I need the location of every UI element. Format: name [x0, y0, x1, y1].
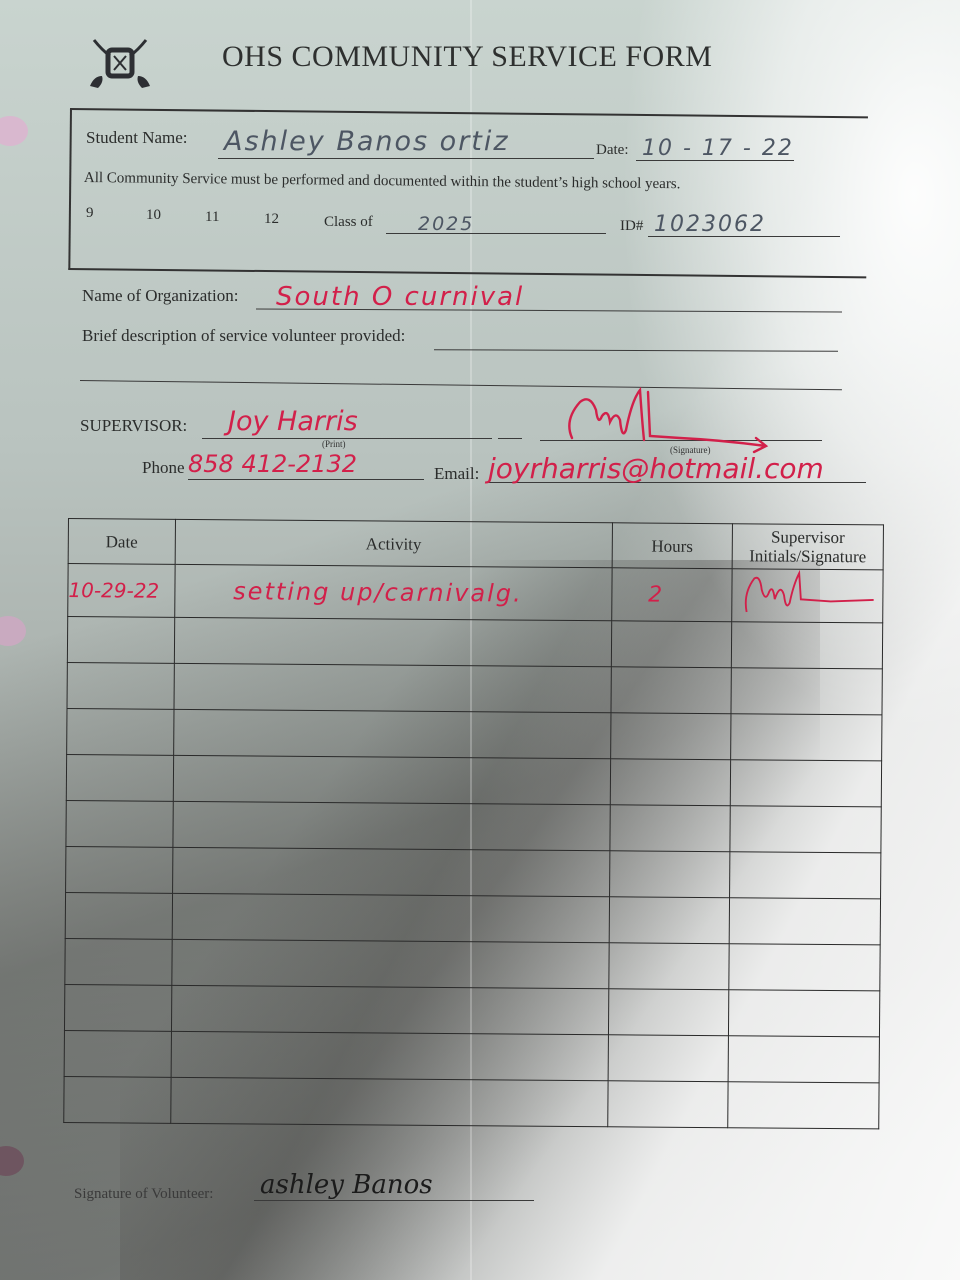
grade-12[interactable]: 12 — [264, 211, 279, 228]
supervisor-initials-signature — [732, 565, 882, 622]
cell-hours-value — [612, 631, 648, 656]
student-name-line[interactable] — [218, 158, 594, 159]
organization-label: Name of Organization: — [82, 286, 238, 306]
cell-activity[interactable] — [172, 893, 609, 942]
cell-date[interactable] — [64, 1030, 171, 1077]
cell-date[interactable] — [65, 938, 172, 985]
cell-activity-value — [172, 994, 230, 1022]
student-name-value[interactable]: Ashley Banos ortiz — [224, 126, 510, 157]
column-header-activity: Activity — [175, 519, 612, 567]
cell-initials[interactable] — [728, 1036, 879, 1083]
table-row — [66, 800, 881, 852]
cell-activity-value — [174, 764, 232, 792]
grade-11[interactable]: 11 — [205, 209, 219, 226]
cell-date-value: 10-29-22 — [68, 578, 159, 603]
crossed-swords-shield-icon — [88, 36, 152, 92]
cell-hours[interactable] — [609, 851, 730, 898]
cell-initials[interactable] — [729, 898, 880, 945]
cell-activity[interactable] — [174, 663, 611, 712]
supervisor-line-gap — [498, 438, 522, 439]
supervisor-print-line[interactable] — [202, 438, 492, 439]
supervisor-label: SUPERVISOR: — [80, 416, 187, 436]
grade-10[interactable]: 10 — [146, 207, 161, 224]
date-value[interactable]: 10 - 17 - 22 — [642, 136, 794, 161]
cell-date[interactable]: 10-29-22 — [68, 564, 175, 618]
cell-hours[interactable] — [608, 1035, 729, 1082]
cell-hours-value — [608, 1045, 644, 1070]
cell-initials[interactable] — [729, 944, 880, 991]
cell-activity[interactable] — [171, 1031, 608, 1080]
table-row — [66, 754, 881, 806]
table-row — [64, 984, 879, 1036]
supervisor-print-value[interactable]: Joy Harris — [228, 406, 358, 437]
volunteer-signature-label: Signature of Volunteer: — [74, 1186, 213, 1203]
phone-value[interactable]: 858 412-2132 — [188, 450, 357, 478]
cell-date[interactable] — [66, 800, 173, 847]
print-caption: (Print) — [322, 439, 346, 449]
cell-initials[interactable] — [730, 852, 881, 899]
table-row — [67, 617, 882, 669]
cell-date[interactable] — [64, 984, 171, 1031]
cell-hours[interactable]: 2 — [611, 568, 732, 622]
table-row — [65, 892, 880, 944]
cell-activity[interactable] — [174, 617, 611, 666]
cell-activity-value — [173, 902, 231, 930]
cell-hours[interactable] — [609, 897, 730, 944]
table-header-row: Date Activity Hours Supervisor Initials/… — [68, 519, 883, 570]
volunteer-signature-value[interactable]: ashley Banos — [260, 1170, 433, 1200]
date-label: Date: — [596, 142, 628, 159]
cell-activity-value — [171, 1040, 229, 1068]
cell-initials[interactable] — [730, 760, 881, 807]
cell-activity-value — [173, 856, 231, 884]
cell-activity-value — [171, 1086, 229, 1114]
cell-activity-value — [174, 672, 232, 700]
form-title: OHS COMMUNITY SERVICE FORM — [222, 40, 712, 74]
service-log-table: Date Activity Hours Supervisor Initials/… — [63, 518, 884, 1129]
cell-hours-value — [610, 861, 646, 886]
cell-hours[interactable] — [608, 989, 729, 1036]
cell-initials[interactable] — [728, 1082, 879, 1129]
cell-hours-value — [609, 953, 645, 978]
cell-initials[interactable] — [730, 806, 881, 853]
table-row: 10-29-22setting up/carnivalg.2 — [68, 564, 883, 623]
cell-initials[interactable] — [731, 622, 882, 669]
cell-hours[interactable] — [608, 1081, 729, 1128]
table-row — [65, 938, 880, 990]
cell-hours[interactable] — [610, 759, 731, 806]
table-row — [64, 1030, 879, 1082]
cell-activity[interactable] — [171, 985, 608, 1034]
table-row — [67, 662, 882, 714]
cell-initials[interactable] — [728, 990, 879, 1037]
cell-activity-value — [173, 810, 231, 838]
cell-date[interactable] — [64, 1076, 171, 1123]
cell-hours-value — [610, 815, 646, 840]
cell-hours-value — [608, 1091, 644, 1116]
class-of-label: Class of — [324, 214, 373, 231]
phone-line[interactable] — [188, 479, 424, 480]
table-row — [64, 1076, 879, 1128]
cell-activity[interactable] — [172, 847, 609, 896]
cell-initials[interactable] — [732, 569, 883, 623]
phone-label: Phone — [142, 458, 185, 478]
cell-hours-value — [610, 907, 646, 932]
id-label: ID# — [620, 218, 643, 235]
table-row — [67, 708, 882, 760]
volunteer-signature-line[interactable] — [254, 1200, 534, 1201]
column-header-date: Date — [68, 519, 175, 565]
cell-hours-value — [609, 999, 645, 1024]
email-label: Email: — [434, 464, 479, 484]
class-of-value[interactable]: 2025 — [418, 213, 474, 235]
student-name-label: Student Name: — [86, 128, 188, 148]
cell-hours[interactable] — [610, 805, 731, 852]
cell-hours[interactable] — [611, 621, 732, 668]
cell-date[interactable] — [67, 662, 174, 709]
cell-initials[interactable] — [731, 668, 882, 715]
email-value[interactable]: joyrharris@hotmail.com — [488, 452, 824, 485]
cell-activity[interactable]: setting up/carnivalg. — [175, 564, 612, 620]
cell-activity[interactable] — [173, 755, 610, 804]
cell-hours-value: 2 — [612, 582, 664, 607]
cell-activity[interactable] — [172, 939, 609, 988]
cell-hours[interactable] — [610, 713, 731, 760]
grade-9[interactable]: 9 — [86, 205, 94, 222]
cell-hours[interactable] — [611, 667, 732, 714]
cell-hours-value — [611, 723, 647, 748]
cell-activity-value — [172, 948, 230, 976]
description-label: Brief description of service volunteer p… — [82, 326, 405, 346]
cell-activity-value: setting up/carnivalg. — [175, 577, 523, 608]
cell-hours-value — [611, 677, 647, 702]
cell-date[interactable] — [67, 617, 174, 664]
cell-date[interactable] — [67, 708, 174, 755]
cell-activity-value — [174, 718, 232, 746]
cell-activity[interactable] — [173, 709, 610, 758]
column-header-supervisor-initials: Supervisor Initials/Signature — [732, 524, 883, 570]
id-value[interactable]: 1023062 — [654, 212, 766, 237]
cell-initials[interactable] — [731, 714, 882, 761]
cell-date[interactable] — [66, 754, 173, 801]
cell-date[interactable] — [65, 892, 172, 939]
cell-activity[interactable] — [171, 1077, 608, 1126]
cell-hours[interactable] — [609, 943, 730, 990]
cell-activity[interactable] — [173, 801, 610, 850]
column-header-hours: Hours — [612, 523, 733, 569]
organization-value[interactable]: South O curnival — [276, 282, 524, 312]
cell-date[interactable] — [66, 846, 173, 893]
cell-activity-value — [175, 626, 233, 654]
cell-hours-value — [611, 769, 647, 794]
table-row — [66, 846, 881, 898]
